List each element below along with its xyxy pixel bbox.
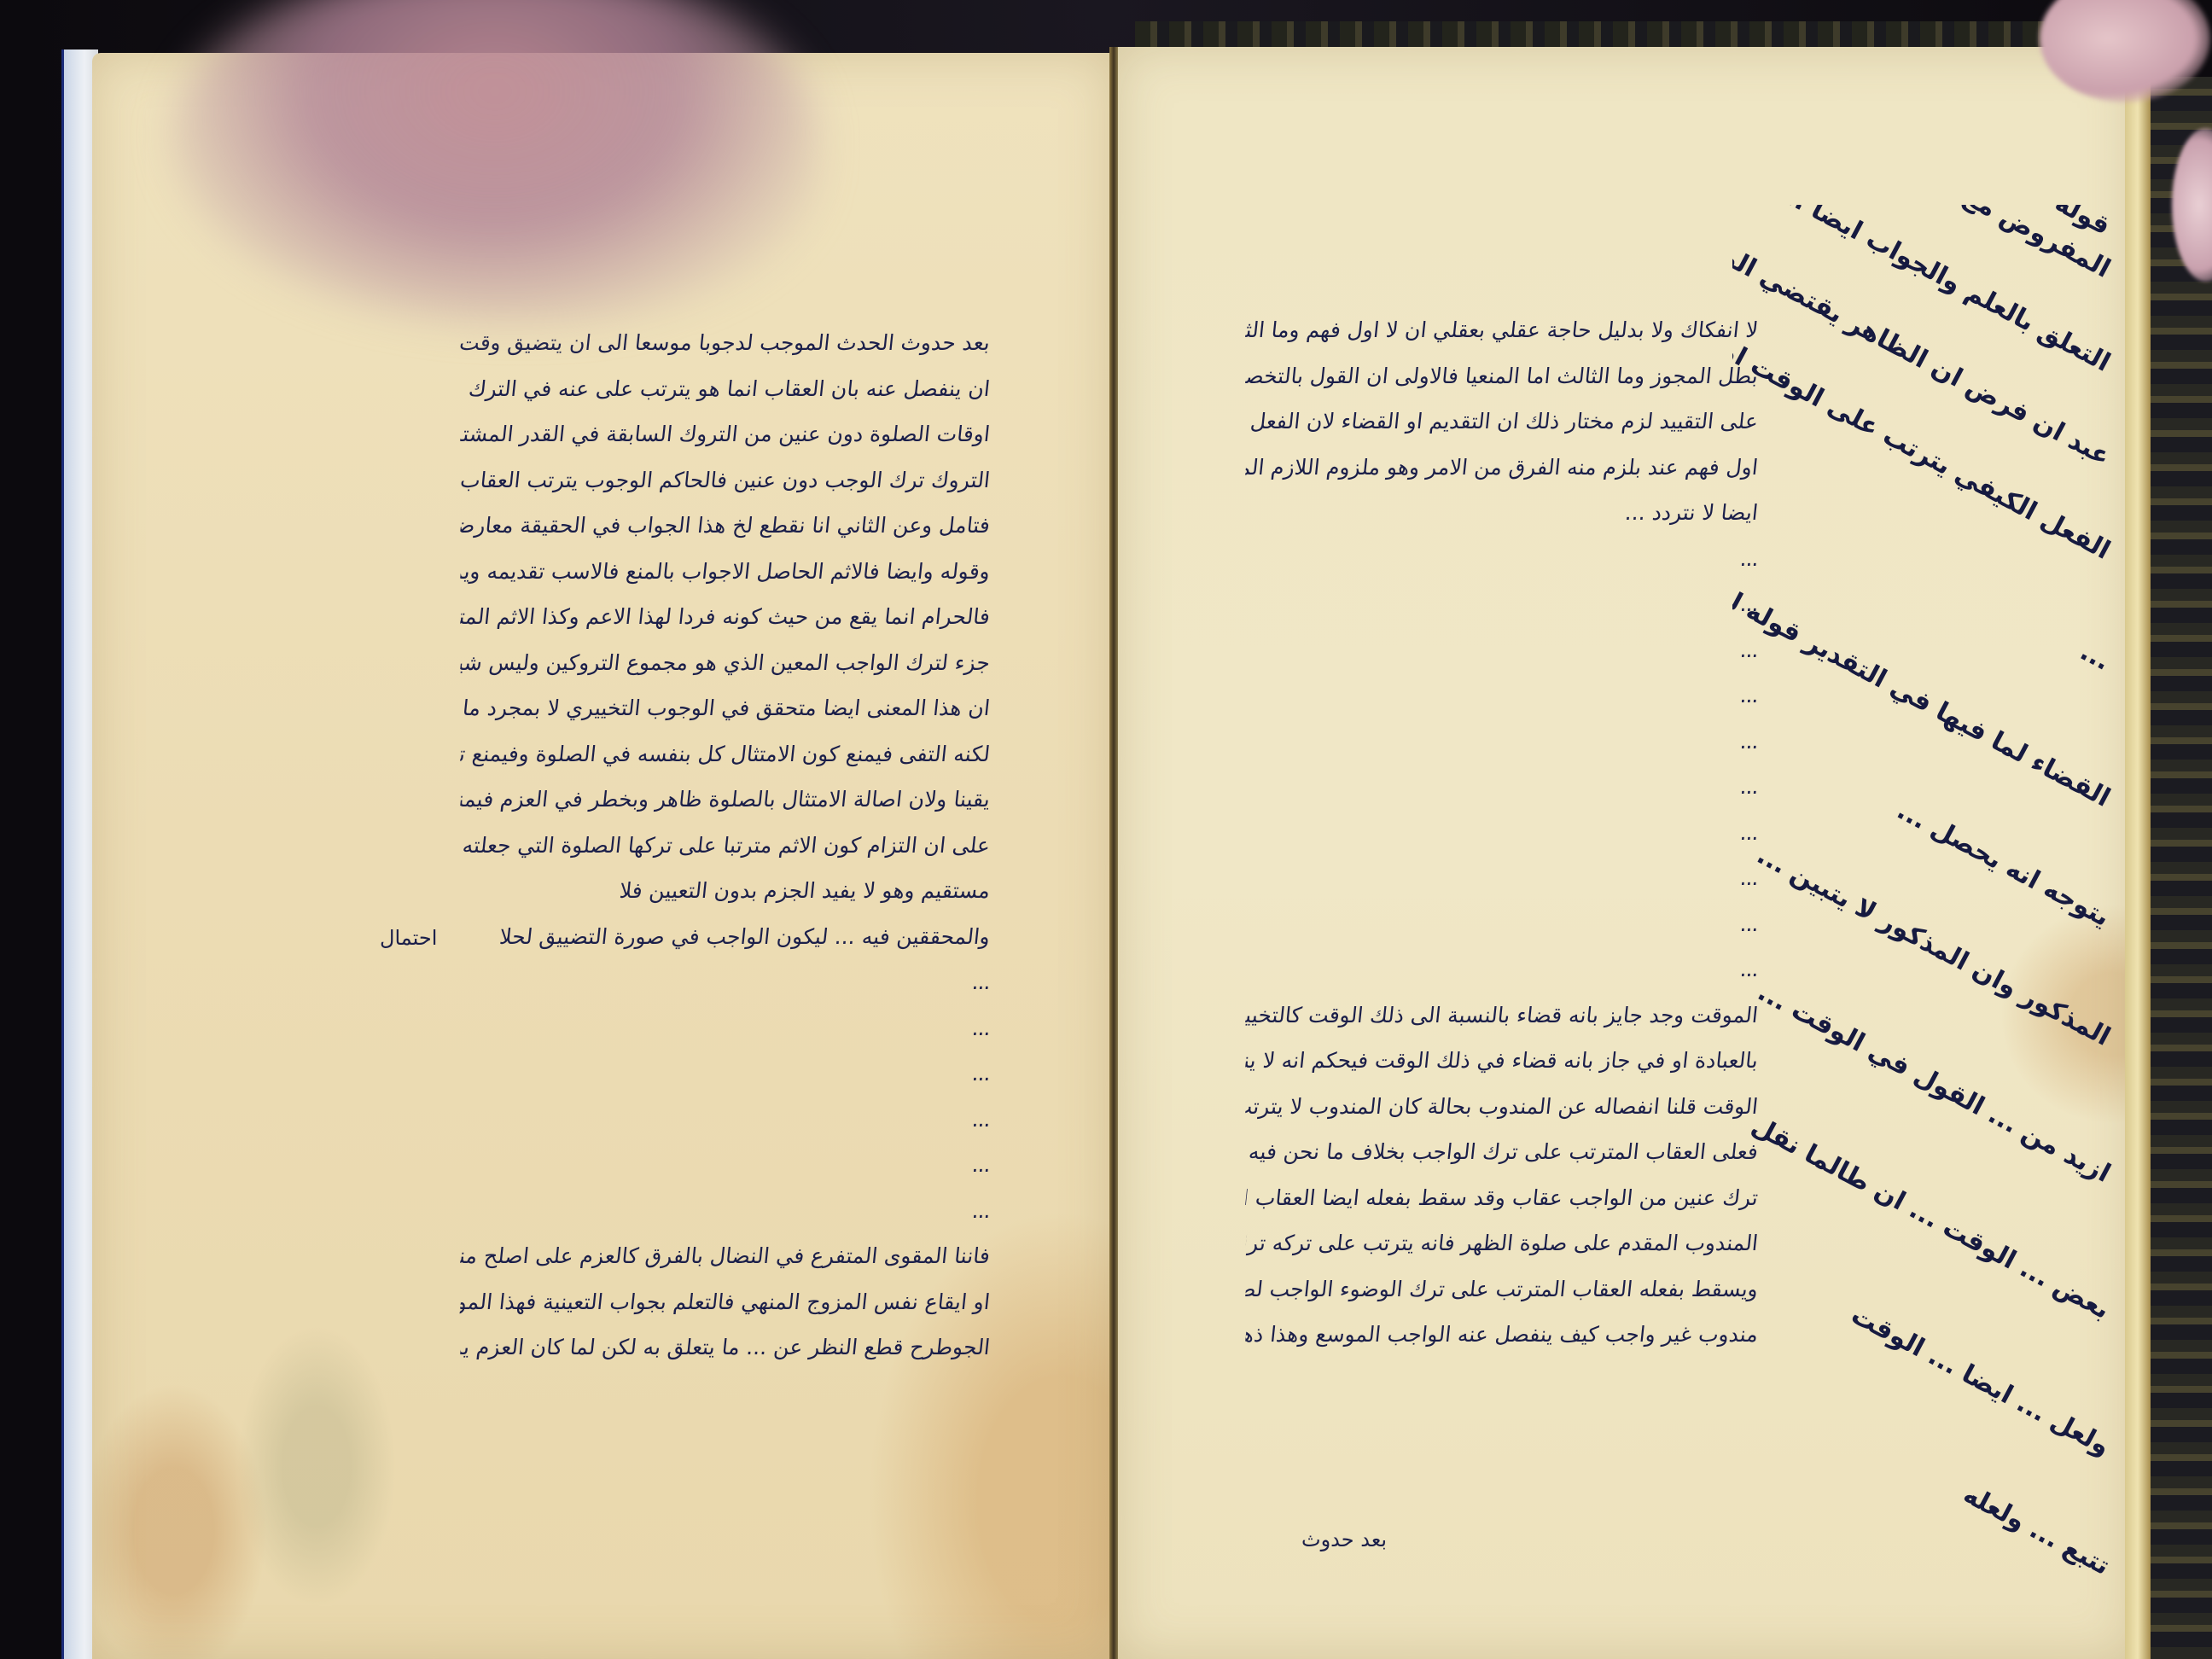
manuscript-line: الموقت وجد جايز بانه قضاء بالنسبة الى ذل…	[1243, 992, 1761, 1039]
right-margin-commentary: قوله فيصلح ان يتحقق الاداء ... عدم ورود …	[1732, 205, 2142, 1656]
manuscript-line: ...	[458, 1005, 992, 1051]
manuscript-line: بعد حدوث الحدث الموجب لدجوبا موسعا الى ا…	[458, 320, 992, 366]
manuscript-line: ...	[458, 1051, 992, 1097]
manuscript-line: ...	[1243, 855, 1761, 901]
commentary-line: تتبع ... ولعله	[1959, 1479, 2115, 1580]
manuscript-line: ايضا لا نتردد ...	[1243, 490, 1761, 536]
manuscript-line: والمحققين فيه ... ليكون الواجب في صورة ا…	[458, 914, 992, 960]
manuscript-line: ...	[1243, 764, 1761, 810]
catchword: بعد حدوث	[1301, 1528, 1387, 1551]
manuscript-line: ترك عنين من الواجب عقاب وقد سقط بفعله اي…	[1243, 1175, 1761, 1221]
left-page-text-block: بعد حدوث الحدث الموجب لدجوبا موسعا الى ا…	[461, 320, 990, 1371]
manuscript-line: او ايقاع نفس المزوج المنهي فالتعلم بجواب…	[458, 1279, 992, 1325]
right-page-text-block: لا انفكاك ولا بدليل حاجة عقلي بعقلي ان ل…	[1246, 307, 1758, 1358]
manuscript-line: مستقيم وهو لا يفيد الجزم بدون التعيين فل…	[458, 868, 992, 914]
manuscript-line: ان هذا المعنى ايضا متحقق في الوجوب التخي…	[458, 685, 992, 731]
manuscript-line: على ان التزام كون الاثم مترتبا على تركها…	[458, 823, 992, 869]
left-margin-note: احتمال	[380, 926, 437, 950]
manuscript-line: اوقات الصلوة دون عنين من التروك السابقة …	[458, 411, 992, 457]
manuscript-line: التروك ترك الوجب دون عنين فالحاكم الوجوب…	[458, 457, 992, 504]
manuscript-line: لا انفكاك ولا بدليل حاجة عقلي بعقلي ان ل…	[1243, 307, 1761, 353]
manuscript-line: فالحرام انما يقع من حيث كونه فردا لهذا ا…	[458, 594, 992, 640]
manuscript-line: فتامل وعن الثاني انا نقطع لخ هذا الجواب …	[458, 503, 992, 549]
manuscript-line: الجوطرح قطع النظر عن ... ما يتعلق به لكن…	[458, 1324, 992, 1371]
manuscript-line: مندوب غير واجب كيف ينفصل عنه الواجب المو…	[1243, 1312, 1761, 1358]
book-gutter	[1109, 47, 1118, 1659]
manuscript-line: المندوب المقدم على صلوة الظهر فانه يترتب…	[1243, 1220, 1761, 1266]
manuscript-line: ...	[458, 1097, 992, 1143]
manuscript-line: لكنه التفى فيمنع كون الامتثال كل بنفسه ف…	[458, 731, 992, 777]
manuscript-line: ...	[1243, 810, 1761, 856]
manuscript-line: ...	[458, 1188, 992, 1234]
manuscript-line: يقينا ولان اصالة الامتثال بالصلوة ظاهر و…	[458, 777, 992, 823]
manuscript-line: على التقييد لزم مختار ذلك ان التقديم او …	[1243, 399, 1761, 445]
manuscript-line: ...	[1243, 901, 1761, 947]
manuscript-line: ان ينفصل عنه بان العقاب انما هو يترتب عل…	[458, 366, 992, 412]
manuscript-line: فاننا المقوى المتفرع في النضال بالفرق كا…	[458, 1233, 992, 1279]
manuscript-line: ...	[1243, 946, 1761, 992]
manuscript-line: بالعبادة او في جاز بانه قضاء في ذلك الوق…	[1243, 1038, 1761, 1084]
manuscript-line: ...	[458, 1142, 992, 1188]
commentary-line: يتوجه انه يحصل ...	[1893, 795, 2116, 933]
manuscript-line: ...	[458, 959, 992, 1005]
book-cover-right-edge	[2151, 77, 2212, 1659]
manuscript-line: الوقت قلنا انفصاله عن المندوب بحالة كان …	[1243, 1084, 1761, 1130]
manuscript-line: ...	[1243, 627, 1761, 673]
commentary-line: ولعل ... ايضا ... الوقت	[1846, 1300, 2115, 1462]
manuscript-line: ويسقط بفعله العقاب المترتب على ترك الوضو…	[1243, 1266, 1761, 1313]
manuscript-line: ...	[1243, 719, 1761, 765]
commentary-line: ...	[2075, 637, 2116, 677]
manuscript-line: وقوله وايضا فالاثم الحاصل الاجواب بالمنع…	[458, 549, 992, 595]
manuscript-line: ...	[1243, 536, 1761, 582]
manuscript-line: فعلى العقاب المترتب على ترك الواجب بخلاف…	[1243, 1129, 1761, 1175]
manuscript-line: جزء لترك الواجب المعين الذي هو مجموع الت…	[458, 640, 992, 686]
manuscript-line: بطل المجوز وما الثالث اما المنعيا فالاول…	[1243, 353, 1761, 399]
manuscript-line: اول فهم عند بلزم منه الفرق من الامر وهو …	[1243, 445, 1761, 491]
manuscript-line: ...	[1243, 672, 1761, 719]
manuscript-line: ...	[1243, 581, 1761, 627]
